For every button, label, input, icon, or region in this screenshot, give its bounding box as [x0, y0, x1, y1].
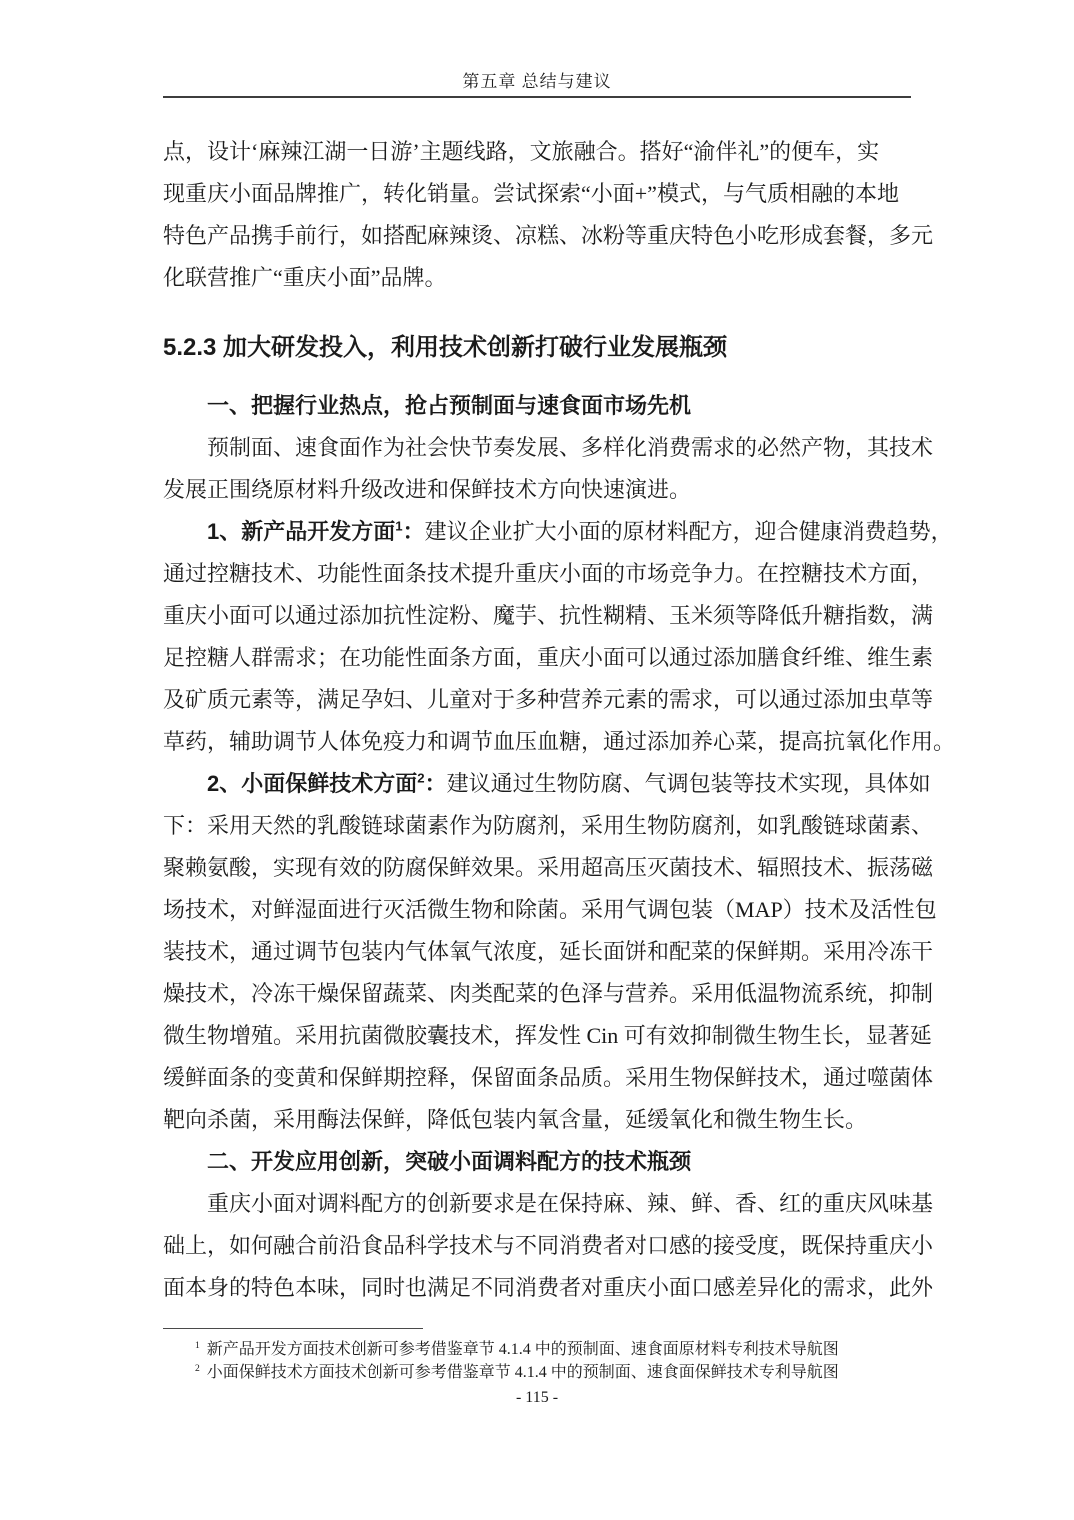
- text-line: 重庆小面对调料配方的创新要求是在保持麻、辣、鲜、香、红的重庆风味基: [163, 1183, 911, 1225]
- text-line: 微生物增殖。采用抗菌微胶囊技术，挥发性 Cin 可有效抑制微生物生长，显著延: [163, 1015, 911, 1057]
- text-line: 化联营推广“重庆小面”品牌。: [163, 257, 911, 299]
- document-body: 点，设计‘麻辣江湖一日游’主题线路，文旅融合。搭好“渝伴礼”的便车，实现重庆小面…: [163, 131, 911, 1309]
- paragraph: 2、小面保鲜技术方面2：建议通过生物防腐、气调包装等技术实现，具体如下：采用天然…: [163, 763, 911, 1141]
- text-line: 现重庆小面品牌推广，转化销量。尝试探索“小面+”模式，与气质相融的本地: [163, 173, 911, 215]
- text-line: 特色产品携手前行，如搭配麻辣烫、凉糕、冰粉等重庆特色小吃形成套餐，多元: [163, 215, 911, 257]
- text-line: 面本身的特色本味，同时也满足不同消费者对重庆小面口感差异化的需求，此外: [163, 1267, 911, 1309]
- paragraph: 点，设计‘麻辣江湖一日游’主题线路，文旅融合。搭好“渝伴礼”的便车，实现重庆小面…: [163, 131, 911, 299]
- text-line: 装技术，通过调节包装内气体氧气浓度，延长面饼和配菜的保鲜期。采用冷冻干: [163, 931, 911, 973]
- text-segment: 建议通过生物防腐、气调包装等技术实现，具体如: [447, 771, 931, 796]
- text-line: 重庆小面可以通过添加抗性淀粉、魔芋、抗性糊精、玉米须等降低升糖指数，满: [163, 595, 911, 637]
- footnote-reference-superscript: 1: [395, 519, 402, 534]
- text-line: 及矿质元素等，满足孕妇、儿童对于多种营养元素的需求，可以通过添加虫草等: [163, 679, 911, 721]
- paragraph: 预制面、速食面作为社会快节奏发展、多样化消费需求的必然产物，其技术发展正围绕原材…: [163, 427, 911, 511]
- header-rule: [163, 96, 911, 98]
- paragraph: 1、新产品开发方面1：建议企业扩大小面的原材料配方，迎合健康消费趋势，通过控糖技…: [163, 511, 911, 763]
- footnote-1: 1新产品开发方面技术创新可参考借鉴章节 4.1.4 中的预制面、速食面原材料专利…: [163, 1338, 911, 1361]
- sub-heading: 二、开发应用创新，突破小面调料配方的技术瓶颈: [163, 1141, 911, 1183]
- text-segment: 2、小面保鲜技术方面: [207, 771, 417, 796]
- text-segment: ：: [403, 519, 425, 544]
- section-heading: 5.2.3 加大研发投入，利用技术创新打破行业发展瓶颈: [163, 325, 911, 371]
- text-line: 点，设计‘麻辣江湖一日游’主题线路，文旅融合。搭好“渝伴礼”的便车，实: [163, 131, 911, 173]
- footnote-1-text: 新产品开发方面技术创新可参考借鉴章节 4.1.4 中的预制面、速食面原材料专利技…: [207, 1341, 839, 1358]
- text-line: 础上，如何融合前沿食品科学技术与不同消费者对口感的接受度，既保持重庆小: [163, 1225, 911, 1267]
- footnote-reference-superscript: 2: [417, 771, 424, 786]
- text-line: 2、小面保鲜技术方面2：建议通过生物防腐、气调包装等技术实现，具体如: [163, 763, 911, 805]
- paragraph: 重庆小面对调料配方的创新要求是在保持麻、辣、鲜、香、红的重庆风味基础上，如何融合…: [163, 1183, 911, 1309]
- document-page: 第五章 总结与建议 点，设计‘麻辣江湖一日游’主题线路，文旅融合。搭好“渝伴礼”…: [0, 0, 1074, 1520]
- text-line: 预制面、速食面作为社会快节奏发展、多样化消费需求的必然产物，其技术: [163, 427, 911, 469]
- chapter-header: 第五章 总结与建议: [0, 70, 1074, 94]
- text-line: 足控糖人群需求；在功能性面条方面，重庆小面可以通过添加膳食纤维、维生素: [163, 637, 911, 679]
- text-line: 草药，辅助调节人体免疫力和调节血压血糖，通过添加养心菜，提高抗氧化作用。: [163, 721, 911, 763]
- text-line: 场技术，对鲜湿面进行灭活微生物和除菌。采用气调包装（MAP）技术及活性包: [163, 889, 911, 931]
- footnote-2: 2小面保鲜技术方面技术创新可参考借鉴章节 4.1.4 中的预制面、速食面保鲜技术…: [163, 1361, 911, 1384]
- footnotes: 1新产品开发方面技术创新可参考借鉴章节 4.1.4 中的预制面、速食面原材料专利…: [163, 1338, 911, 1384]
- text-line: 下：采用天然的乳酸链球菌素作为防腐剂，采用生物防腐剂，如乳酸链球菌素、: [163, 805, 911, 847]
- sub-heading: 一、把握行业热点，抢占预制面与速食面市场先机: [163, 385, 911, 427]
- text-segment: ：: [425, 771, 447, 796]
- text-line: 发展正围绕原材料升级改进和保鲜技术方向快速演进。: [163, 469, 911, 511]
- footnote-2-text: 小面保鲜技术方面技术创新可参考借鉴章节 4.1.4 中的预制面、速食面保鲜技术专…: [207, 1364, 839, 1381]
- text-segment: 1、新产品开发方面: [207, 519, 395, 544]
- footnote-separator: [163, 1328, 423, 1329]
- text-segment: 建议企业扩大小面的原材料配方，迎合健康消费趋势，: [425, 519, 953, 544]
- page-number: - 115 -: [0, 1388, 1074, 1408]
- text-line: 燥技术，冷冻干燥保留蔬菜、肉类配菜的色泽与营养。采用低温物流系统，抑制: [163, 973, 911, 1015]
- text-line: 聚赖氨酸，实现有效的防腐保鲜效果。采用超高压灭菌技术、辐照技术、振荡磁: [163, 847, 911, 889]
- text-line: 1、新产品开发方面1：建议企业扩大小面的原材料配方，迎合健康消费趋势，: [163, 511, 911, 553]
- text-line: 通过控糖技术、功能性面条技术提升重庆小面的市场竞争力。在控糖技术方面，: [163, 553, 911, 595]
- text-line: 缓鲜面条的变黄和保鲜期控释，保留面条品质。采用生物保鲜技术，通过噬菌体: [163, 1057, 911, 1099]
- footnote-1-marker: 1: [195, 1340, 200, 1351]
- text-line: 靶向杀菌，采用酶法保鲜，降低包装内氧含量，延缓氧化和微生物生长。: [163, 1099, 911, 1141]
- footnote-2-marker: 2: [195, 1363, 200, 1374]
